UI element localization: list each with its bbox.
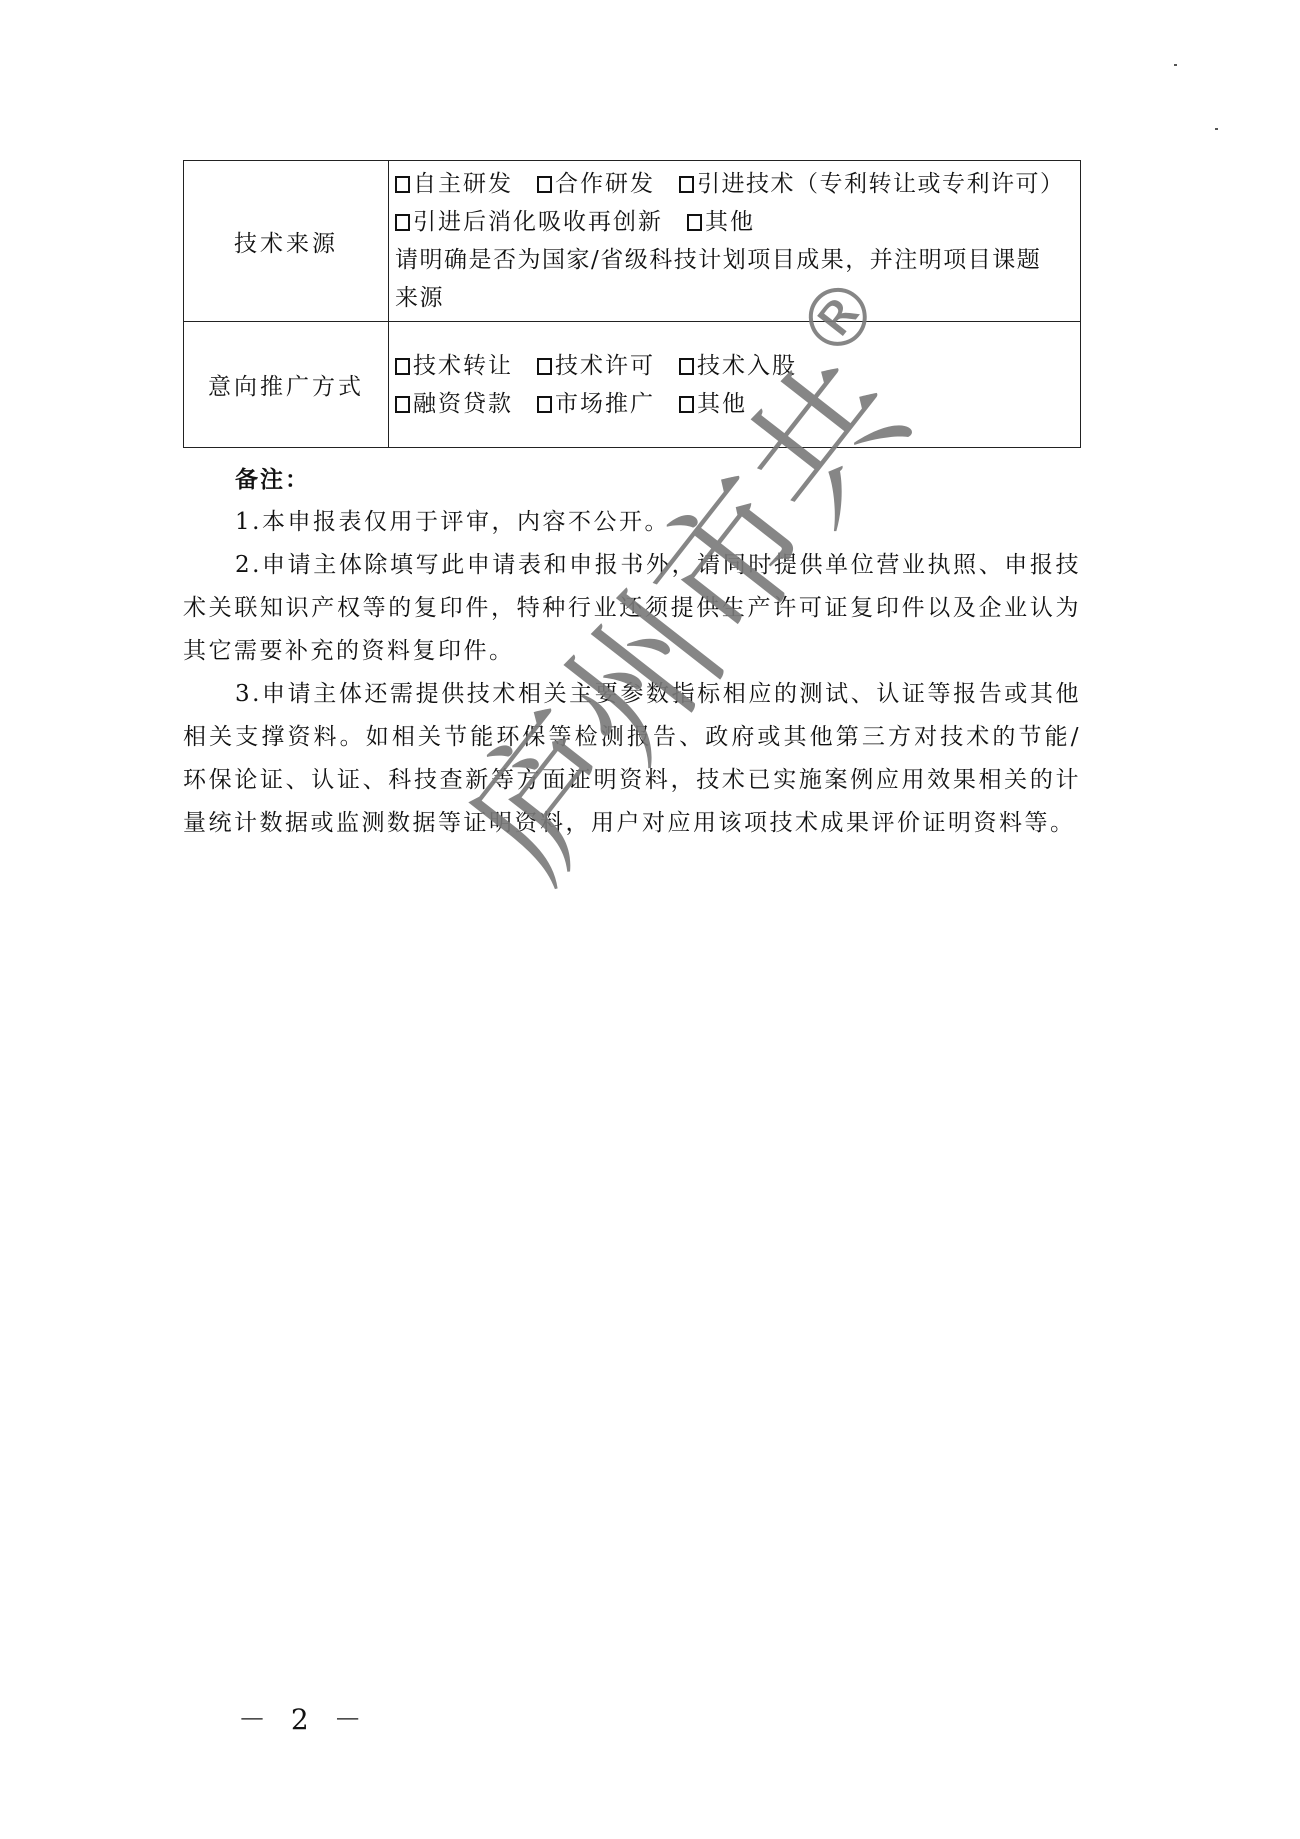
remark-item-3: 3.申请主体还需提供技术相关主要参数指标相应的测试、认证等报告或其他相关支撑资料… [183,673,1081,845]
checkbox-financing-loan[interactable]: 融资贷款 [395,385,513,423]
remark-item-1: 1.本申报表仅用于评审，内容不公开。 [183,501,1081,544]
checkbox-icon[interactable] [395,214,410,231]
checkbox-icon[interactable] [537,176,552,193]
source-instruction: 请明确是否为国家/省级科技计划项目成果，并注明项目课题 [395,241,1078,279]
remark-item-2: 2.申请主体除填写此申请表和申报书外，请同时提供单位营业执照、申报技术关联知识产… [183,544,1081,673]
table-row-technology-source: 技术来源 自主研发合作研发引进技术（专利转让或专利许可） 引进后消化吸收再创新其… [184,161,1081,322]
promotion-method-options: 技术转让技术许可技术入股 融资贷款市场推广其他 [389,322,1081,448]
option-line: 技术转让技术许可技术入股 [395,347,1078,385]
checkbox-introduced-technology[interactable]: 引进技术（专利转让或专利许可） [679,165,1065,203]
checkbox-market-promotion[interactable]: 市场推广 [537,385,655,423]
row-label: 意向推广方式 [184,322,389,448]
checkbox-other-source[interactable]: 其他 [687,203,755,241]
row-label: 技术来源 [184,161,389,322]
checkbox-icon[interactable] [395,176,410,193]
source-instruction-cont: 来源 [395,279,1078,317]
remarks-title: 备注： [183,458,1081,501]
checkbox-icon[interactable] [679,358,694,375]
checkbox-icon[interactable] [395,358,410,375]
option-line: 自主研发合作研发引进技术（专利转让或专利许可） [395,165,1078,203]
table-row-promotion-method: 意向推广方式 技术转让技术许可技术入股 融资贷款市场推广其他 [184,322,1081,448]
checkbox-icon[interactable] [679,396,694,413]
checkbox-tech-license[interactable]: 技术许可 [537,347,655,385]
scan-artifact [1174,64,1177,66]
checkbox-icon[interactable] [395,396,410,413]
scan-artifact [1215,128,1218,130]
application-form-table: 技术来源 自主研发合作研发引进技术（专利转让或专利许可） 引进后消化吸收再创新其… [183,160,1081,448]
option-line: 融资贷款市场推广其他 [395,385,1078,423]
checkbox-icon[interactable] [537,396,552,413]
technology-source-options: 自主研发合作研发引进技术（专利转让或专利许可） 引进后消化吸收再创新其他 请明确… [389,161,1081,322]
remarks-section: 备注： 1.本申报表仅用于评审，内容不公开。 2.申请主体除填写此申请表和申报书… [183,458,1081,845]
option-line: 引进后消化吸收再创新其他 [395,203,1078,241]
checkbox-icon[interactable] [537,358,552,375]
page-number: － 2 － [238,1698,370,1738]
checkbox-cooperative-rd[interactable]: 合作研发 [537,165,655,203]
checkbox-tech-transfer[interactable]: 技术转让 [395,347,513,385]
checkbox-icon[interactable] [687,214,702,231]
checkbox-tech-equity[interactable]: 技术入股 [679,347,797,385]
checkbox-independent-rd[interactable]: 自主研发 [395,165,513,203]
checkbox-reinnovation[interactable]: 引进后消化吸收再创新 [395,203,663,241]
checkbox-icon[interactable] [679,176,694,193]
checkbox-other-method[interactable]: 其他 [679,385,747,423]
